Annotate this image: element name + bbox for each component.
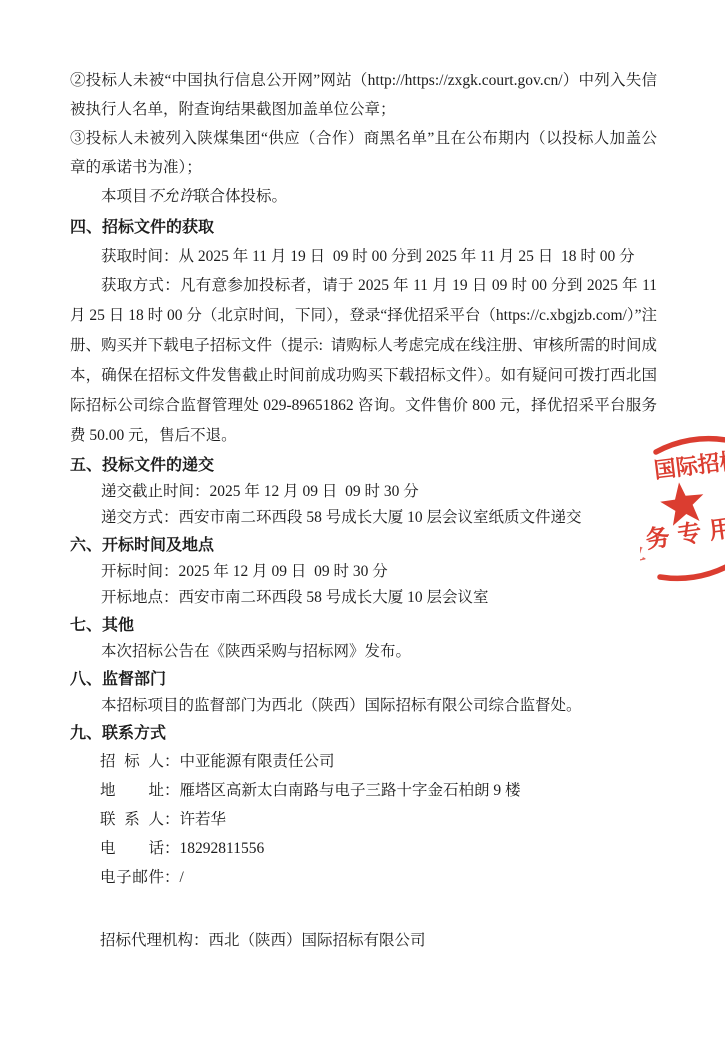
sec5-deadline: 递交截止时间：2025 年 12 月 09 日 09 时 30 分 xyxy=(70,479,657,505)
agent-line: 招标代理机构：西北（陕西）国际招标有限公司 xyxy=(70,926,657,955)
contact-value: / xyxy=(180,869,184,886)
contact-value: 中亚能源有限责任公司 xyxy=(180,753,335,770)
jv-prefix: 本项目 xyxy=(101,188,148,205)
contact-row-email: 电子邮件：/ xyxy=(70,863,657,892)
contact-colon: ： xyxy=(164,782,180,799)
jv-not-allowed-italic: 不允许 xyxy=(148,188,195,205)
sec6-open-time: 开标时间：2025 年 12 月 09 日 09 时 30 分 xyxy=(70,559,657,585)
sec4-obtain-method: 获取方式：凡有意参加投标者，请于 2025 年 11 月 19 日 09 时 0… xyxy=(70,271,657,451)
contact-row-person: 联系人：许若华 xyxy=(70,805,657,834)
document-page: ②投标人未被“中国执行信息公开网”网站（http://https://zxgk.… xyxy=(0,0,725,1063)
contact-row-address: 地址：雁塔区高新太白南路与电子三路十字金石柏朗 9 楼 xyxy=(70,776,657,805)
contact-value: 许若华 xyxy=(180,811,227,828)
heading-section-5: 五、投标文件的递交 xyxy=(70,453,657,479)
heading-section-4: 四、招标文件的获取 xyxy=(70,213,657,242)
contact-value: 雁塔区高新太白南路与电子三路十字金石柏朗 9 楼 xyxy=(180,782,521,799)
contact-label: 电子邮件 xyxy=(100,863,164,892)
contact-colon: ： xyxy=(164,840,180,857)
sec5-method: 递交方式：西安市南二环西段 58 号成长大厦 10 层会议室纸质文件递交 xyxy=(70,505,657,531)
contact-row-tenderer: 招标人：中亚能源有限责任公司 xyxy=(70,747,657,776)
heading-section-7: 七、其他 xyxy=(70,613,657,639)
sec6-open-place: 开标地点：西安市南二环西段 58 号成长大厦 10 层会议室 xyxy=(70,585,657,611)
paragraph-qualification-3: ③投标人未被列入陕煤集团“供应（合作）商黑名单”且在公布期内（以投标人加盖公章的… xyxy=(70,124,657,182)
contact-colon: ： xyxy=(164,811,180,828)
sec7-publish-info: 本次招标公告在《陕西采购与招标网》发布。 xyxy=(70,639,657,665)
sec8-supervision-info: 本招标项目的监督部门为西北（陕西）国际招标有限公司综合监督处。 xyxy=(70,693,657,719)
paragraph-joint-venture: 本项目不允许联合体投标。 xyxy=(70,182,657,211)
jv-suffix: 联合体投标。 xyxy=(194,188,287,205)
heading-section-9: 九、联系方式 xyxy=(70,721,657,747)
contact-colon: ： xyxy=(164,869,180,886)
heading-section-8: 八、监督部门 xyxy=(70,667,657,693)
contact-value: 18292811556 xyxy=(180,840,265,857)
contact-list: 招标人：中亚能源有限责任公司 地址：雁塔区高新太白南路与电子三路十字金石柏朗 9… xyxy=(70,747,657,892)
document-content: ②投标人未被“中国执行信息公开网”网站（http://https://zxgk.… xyxy=(0,0,725,955)
contact-row-phone: 电话：18292811556 xyxy=(70,834,657,863)
contact-colon: ： xyxy=(164,753,180,770)
sec4-obtain-time: 获取时间：从 2025 年 11 月 19 日 09 时 00 分到 2025 … xyxy=(70,242,657,271)
contact-label: 电话 xyxy=(100,834,164,863)
contact-label: 招标人 xyxy=(100,747,164,776)
heading-section-6: 六、开标时间及地点 xyxy=(70,533,657,559)
contact-label: 地址 xyxy=(100,776,164,805)
paragraph-qualification-2: ②投标人未被“中国执行信息公开网”网站（http://https://zxgk.… xyxy=(70,66,657,124)
contact-label: 联系人 xyxy=(100,805,164,834)
sections-5-to-9: 五、投标文件的递交 递交截止时间：2025 年 12 月 09 日 09 时 3… xyxy=(70,453,657,747)
